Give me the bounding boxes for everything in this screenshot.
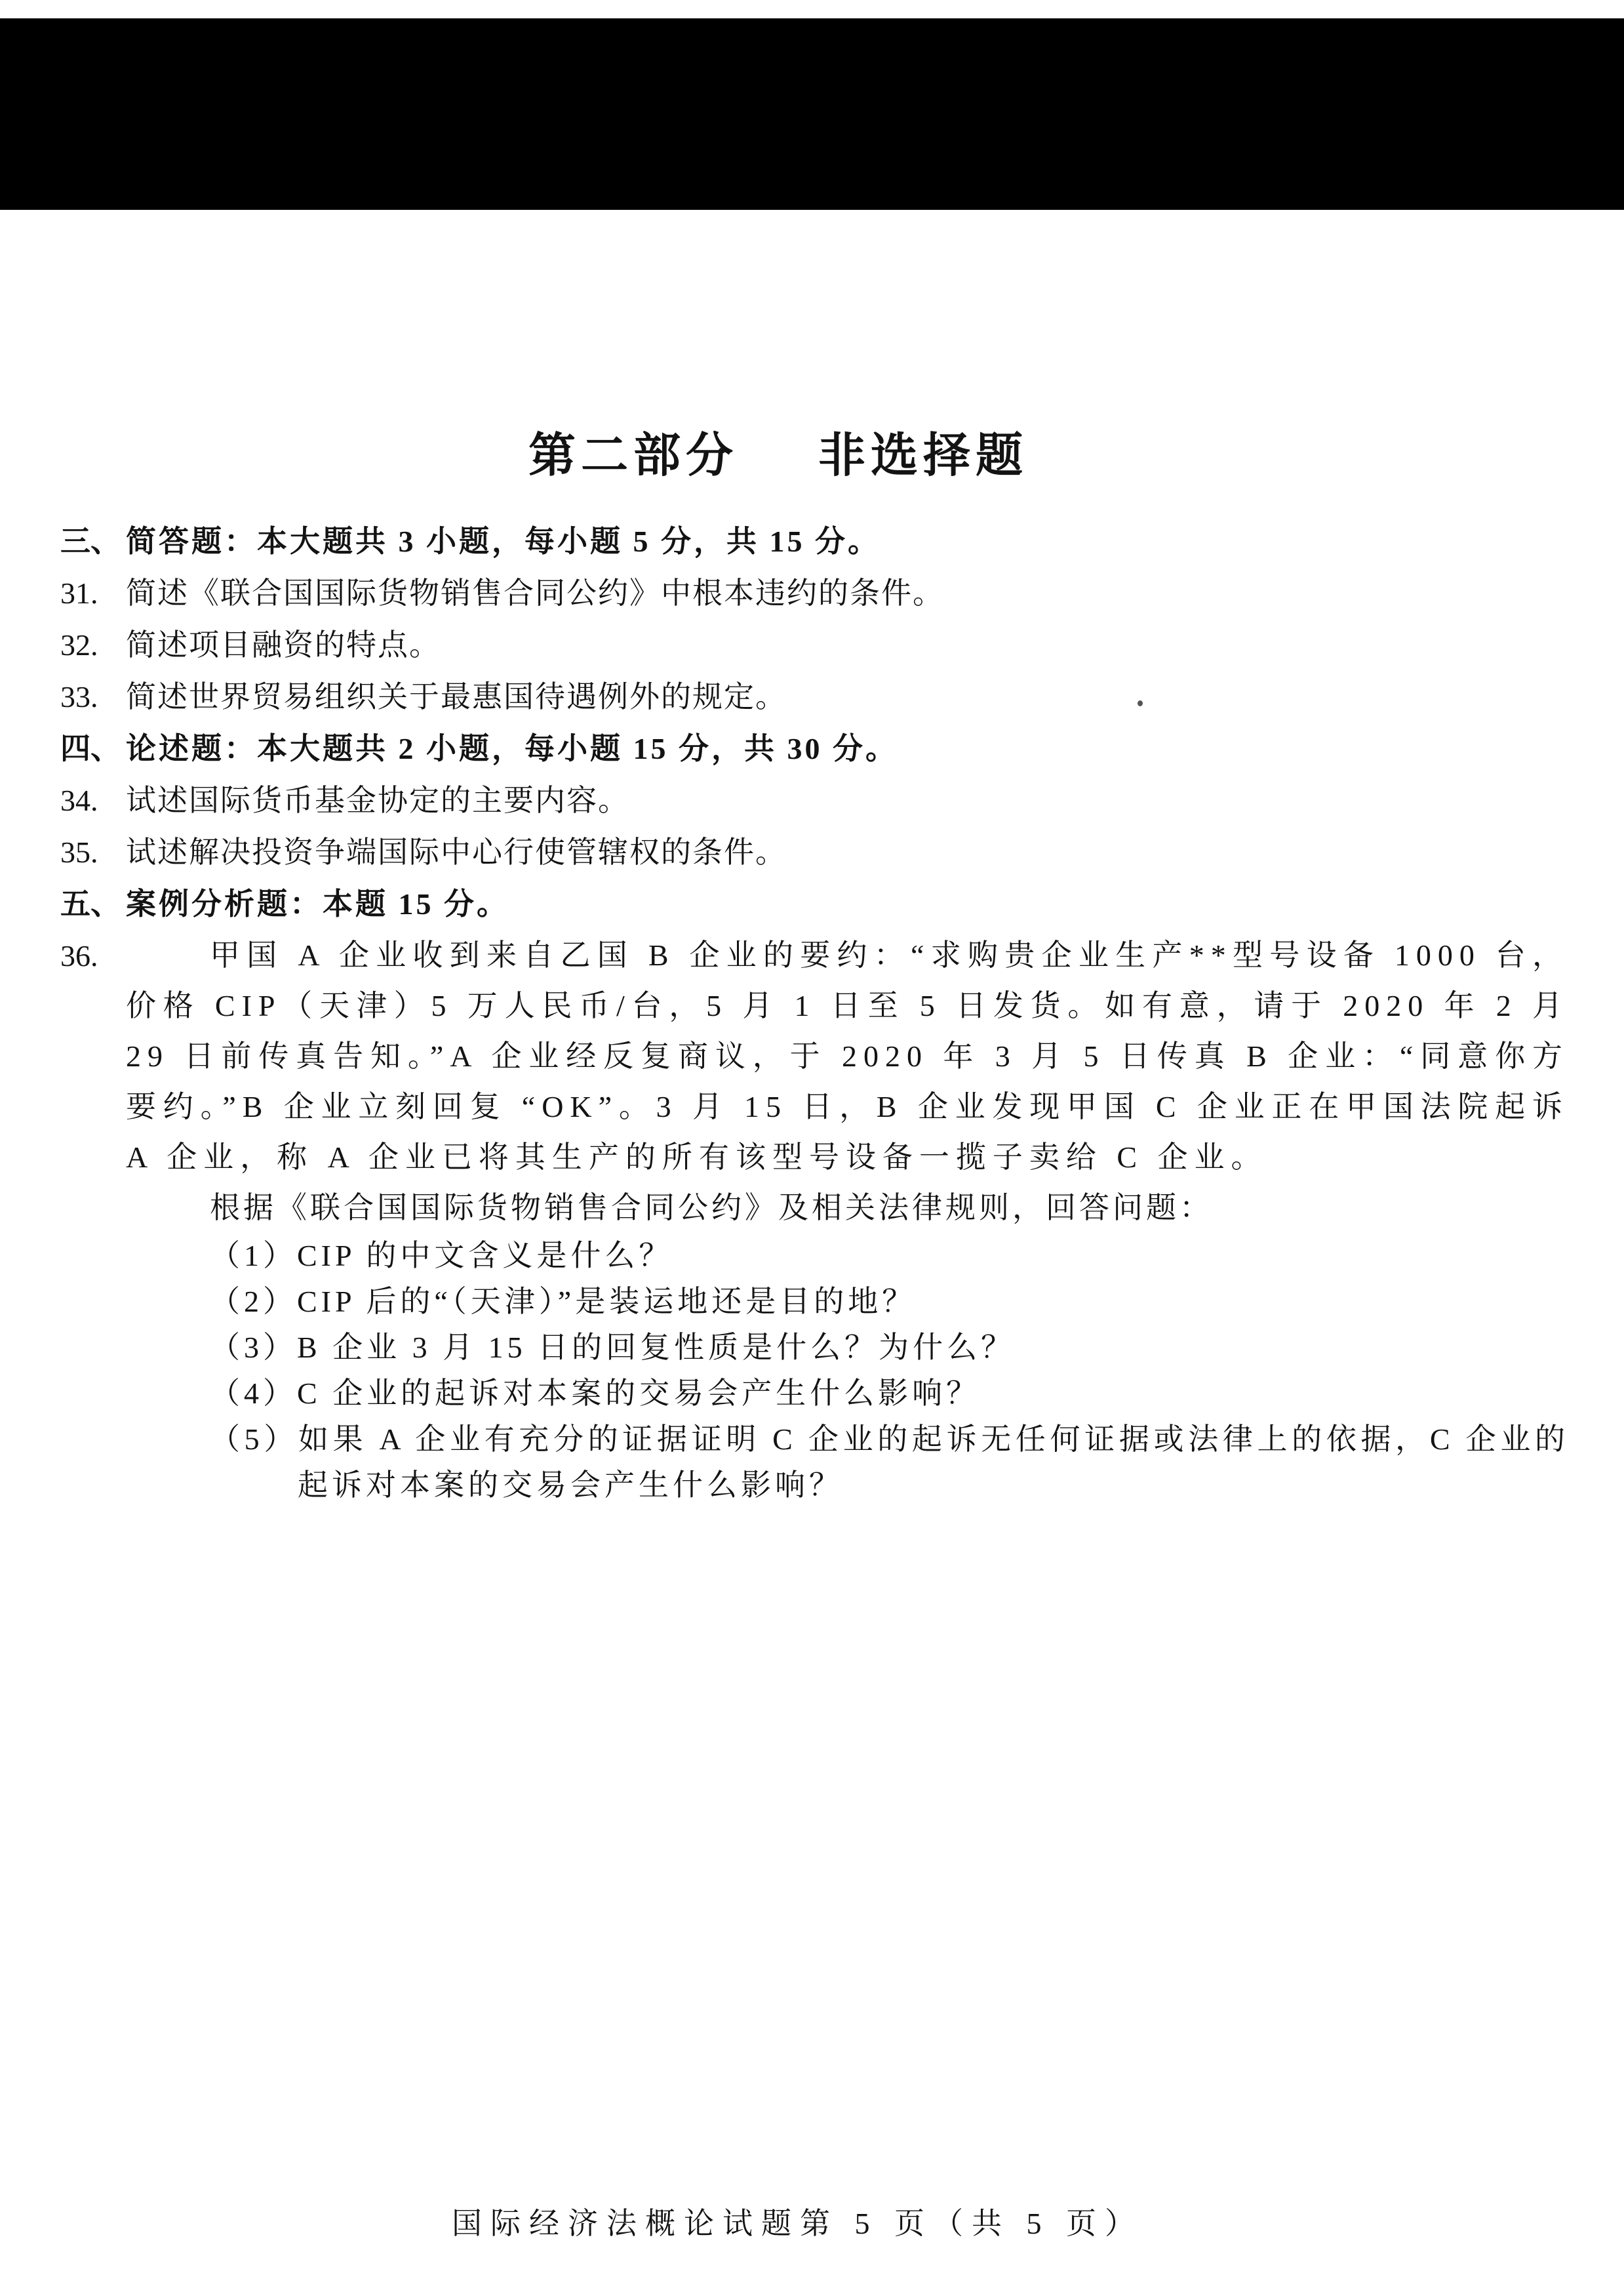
exam-page: 第二部分 非选择题 三、 简答题：本大题共 3 小题，每小题 5 分，共 15 … (0, 0, 1624, 2292)
question-36: 36. 甲国 A 企业收到来自乙国 B 企业的要约：“求购贵企业生产**型号设备… (60, 930, 1569, 1508)
section-heading-text: 简答题：本大题共 3 小题，每小题 5 分，共 15 分。 (126, 515, 881, 567)
question-text: 简述《联合国国际货物销售合同公约》中根本违约的条件。 (126, 567, 944, 619)
page-title: 第二部分 非选择题 (528, 417, 1028, 485)
case-subquestion-list: （1）CIP 的中文含义是什么？ （2）CIP 后的“（天津）”是装运地还是目的… (210, 1233, 1569, 1508)
question-31: 31. 简述《联合国国际货物销售合同公约》中根本违约的条件。 (60, 567, 1569, 619)
section-heading-5: 五、 案例分析题：本题 15 分。 (60, 878, 1569, 930)
case-body-paragraph: 甲国 A 企业收到来自乙国 B 企业的要约：“求购贵企业生产**型号设备 100… (126, 930, 1569, 1182)
case-instruction: 根据《联合国国际货物销售合同公约》及相关法律规则，回答问题： (210, 1182, 1569, 1233)
question-number: 35. (60, 826, 126, 878)
case-subquestion-5: （5）如果 A 企业有充分的证据证明 C 企业的起诉无任何证据或法律上的依据，C… (210, 1417, 1569, 1508)
question-34: 34. 试述国际货币基金协定的主要内容。 (60, 774, 1569, 826)
case-subquestion-3: （3）B 企业 3 月 15 日的回复性质是什么？为什么？ (210, 1325, 1569, 1371)
section-label: 三、 (60, 515, 126, 567)
question-text: 试述国际货币基金协定的主要内容。 (126, 774, 629, 826)
question-number: 32. (60, 619, 126, 671)
section-heading-text: 论述题：本大题共 2 小题，每小题 15 分，共 30 分。 (126, 723, 898, 774)
question-number: 36. (60, 930, 126, 982)
section-heading-3: 三、 简答题：本大题共 3 小题，每小题 5 分，共 15 分。 (60, 515, 1569, 567)
section-label: 五、 (60, 878, 126, 930)
scan-speck (1138, 700, 1143, 706)
section-heading-text: 案例分析题：本题 15 分。 (126, 878, 509, 930)
question-text: 简述项目融资的特点。 (126, 619, 441, 671)
question-33: 33. 简述世界贸易组织关于最惠国待遇例外的规定。 (60, 671, 1569, 723)
section-label: 四、 (60, 723, 126, 774)
section-heading-4: 四、 论述题：本大题共 2 小题，每小题 15 分，共 30 分。 (60, 723, 1569, 774)
page-title-kind: 非选择题 (818, 417, 1028, 485)
case-subquestion-2: （2）CIP 后的“（天津）”是装运地还是目的地？ (210, 1279, 1569, 1325)
question-number: 33. (60, 671, 126, 723)
question-list: 三、 简答题：本大题共 3 小题，每小题 5 分，共 15 分。 31. 简述《… (60, 515, 1569, 1508)
scan-artifact-bar (0, 18, 1624, 210)
question-text: 试述解决投资争端国际中心行使管辖权的条件。 (126, 826, 787, 878)
question-text: 简述世界贸易组织关于最惠国待遇例外的规定。 (126, 671, 787, 723)
page-footer: 国际经济法概论试题第 5 页（共 5 页） (452, 2200, 1143, 2243)
question-number: 31. (60, 567, 126, 619)
case-block: 甲国 A 企业收到来自乙国 B 企业的要约：“求购贵企业生产**型号设备 100… (126, 930, 1569, 1508)
question-32: 32. 简述项目融资的特点。 (60, 619, 1569, 671)
question-number: 34. (60, 774, 126, 826)
page-title-part: 第二部分 (528, 417, 738, 485)
case-subquestion-1: （1）CIP 的中文含义是什么？ (210, 1233, 1569, 1279)
case-subquestion-4: （4）C 企业的起诉对本案的交易会产生什么影响？ (210, 1371, 1569, 1417)
question-35: 35. 试述解决投资争端国际中心行使管辖权的条件。 (60, 826, 1569, 878)
